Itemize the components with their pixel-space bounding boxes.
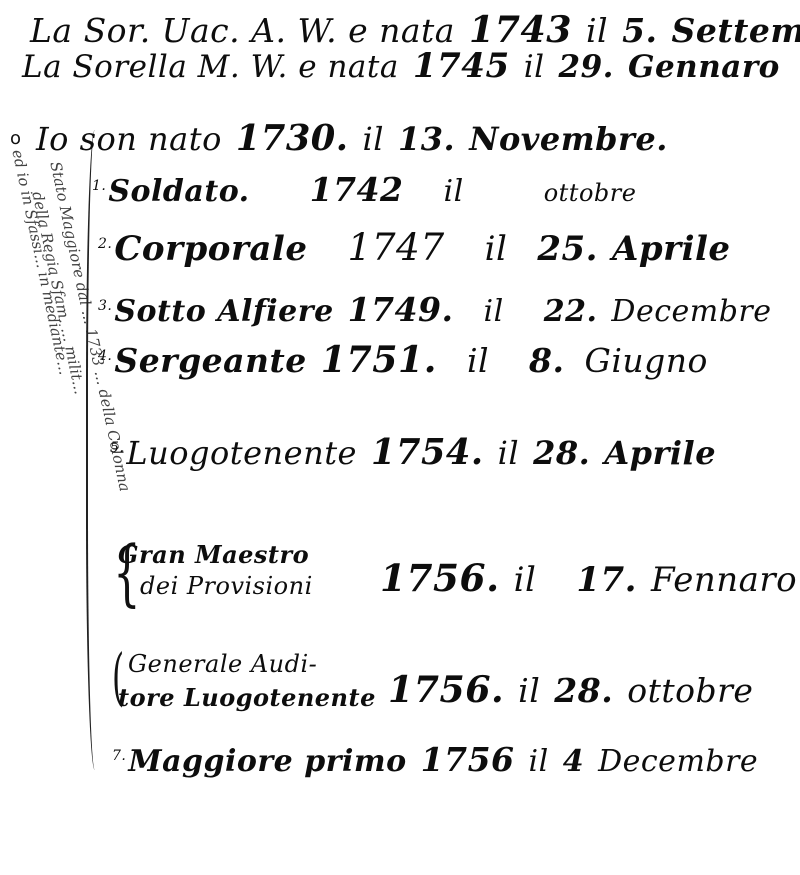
entry-number: 3.	[98, 298, 112, 314]
entry-month: Aprile	[612, 229, 731, 269]
manuscript-page: o ed io in Sfassi... in mediante... dell…	[0, 0, 800, 875]
entry-year: 1754.	[371, 432, 484, 473]
entry-rank: Sotto Alfiere	[114, 294, 333, 329]
entry-year: 1749.	[348, 290, 454, 329]
entry-day: 13.	[398, 120, 455, 158]
entry-year: 1751.	[321, 338, 437, 381]
entry-il: il	[524, 49, 545, 85]
entry-year: 1730.	[236, 118, 349, 159]
entry-month: Novembre.	[469, 120, 668, 158]
entry-il: il	[444, 174, 464, 209]
entry-il: il	[529, 744, 549, 779]
entry-rank: Luogotenente	[126, 434, 357, 472]
entry-day: 4	[563, 744, 584, 779]
entry-line-sister-a-birth: La Sor. Uac. A. W. e nata1743il5.Settemb…	[30, 8, 800, 51]
entry-rank-line1: Generale Audi-	[128, 650, 317, 678]
entry-line-rank-sergeante: 4.Sergeante1751.il8.Giugno	[98, 338, 722, 381]
entry-rank: Sergeante	[114, 341, 306, 380]
entry-il: il	[518, 671, 540, 710]
entry-line-rank-luogotenente: 5.Luogotenente1754.il28.Aprile	[110, 432, 730, 473]
entry-subject: La Sor. Uac. A. W. e nata	[30, 11, 455, 50]
entry-il: il	[467, 341, 489, 380]
entry-day: 25.	[537, 229, 598, 269]
entry-il: il	[363, 120, 384, 158]
entry-line-rank-corporale: 2.Corporale1747il25.Aprile	[98, 225, 745, 269]
entry-line-rank-gran-maestro: 1756.il17.Fennaro	[380, 556, 800, 600]
entry-il: il	[498, 434, 519, 472]
entry-month: Giugno	[585, 341, 708, 380]
entry-day: 28.	[533, 434, 590, 472]
entry-il: il	[485, 229, 508, 269]
entry-subject: La Sorella M. W. e nata	[22, 49, 399, 85]
entry-year: 1756	[421, 740, 515, 779]
entry-year: 1756.	[380, 556, 500, 600]
entry-day: 5.	[622, 11, 657, 50]
entry-line-rank-sotto-alfiere: 3.Sotto Alfiere1749.il22.Decembre	[98, 290, 786, 329]
entry-rank: Soldato.	[108, 174, 249, 209]
entry-rank-line2: tore Luogotenente	[118, 683, 376, 712]
entry-line-rank-generale-auditore: 1756.il28.ottobre	[388, 668, 767, 711]
bullet-mark: o	[10, 128, 21, 149]
entry-month: Decembre	[611, 294, 771, 329]
entry-month: Gennaro	[628, 49, 780, 85]
entry-rank-line2: dei Provisioni	[140, 572, 313, 600]
entry-year: 1743	[469, 8, 572, 51]
entry-number: 1.	[92, 178, 106, 194]
entry-number: 7.	[112, 748, 126, 764]
entry-line-rank-maggiore-primo: 7.Maggiore primo1756il4Decembre	[112, 740, 772, 779]
entry-month: Settembre	[672, 11, 800, 50]
entry-year: 1745	[413, 46, 510, 86]
entry-il: il	[586, 11, 608, 50]
entry-rank: Maggiore primo	[128, 744, 406, 779]
entry-subject: Io son nato	[36, 120, 222, 158]
entry-month: Aprile	[604, 434, 716, 472]
entry-line-rank-soldato: 1.Soldato.1742ilottobre	[92, 170, 650, 209]
entry-line-own-birth: Io son nato1730.il13.Novembre.	[36, 118, 682, 159]
entry-rank-line1: Gran Maestro	[118, 540, 309, 569]
entry-number: 5.	[110, 440, 124, 456]
entry-month: Decembre	[598, 744, 758, 779]
entry-number: 4.	[98, 348, 112, 364]
entry-il: il	[514, 560, 537, 600]
entry-line-sister-m-birth: La Sorella M. W. e nata1745il29.Gennaro	[22, 46, 794, 86]
entry-month: ottobre	[544, 179, 637, 207]
entry-rank: Corporale	[114, 229, 307, 269]
entry-month: Fennaro	[651, 560, 797, 600]
entry-year: 1756.	[388, 668, 504, 711]
entry-month: ottobre	[627, 671, 753, 710]
entry-il: il	[484, 294, 504, 329]
entry-number: 2.	[98, 236, 112, 252]
entry-year: 1742	[310, 170, 404, 209]
entry-day: 22.	[544, 294, 598, 329]
entry-year: 1747	[347, 225, 444, 269]
entry-day: 8.	[529, 341, 564, 380]
entry-day: 17.	[576, 560, 637, 600]
entry-day: 28.	[554, 671, 613, 710]
entry-day: 29.	[559, 49, 614, 85]
